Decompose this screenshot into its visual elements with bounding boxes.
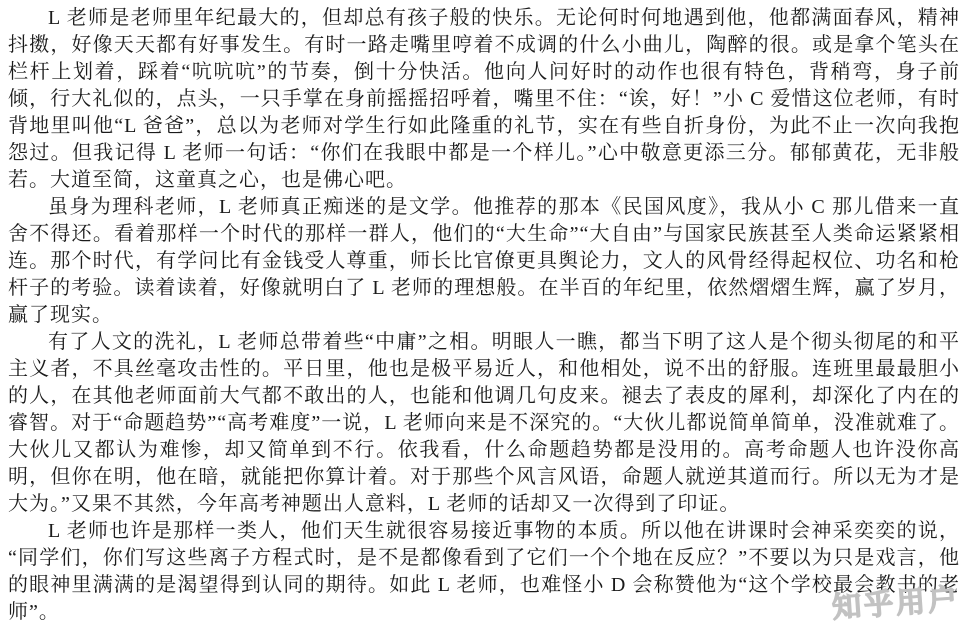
essay-text: L 老师是老师里年纪最大的，但却总有孩子般的快乐。无论何时何地遇到他，他都满面春…: [0, 0, 968, 626]
document-page: L 老师是老师里年纪最大的，但却总有孩子般的快乐。无论何时何地遇到他，他都满面春…: [0, 0, 968, 634]
essay-paragraph-1: L 老师是老师里年纪最大的，但却总有孩子般的快乐。无论何时何地遇到他，他都满面春…: [8, 5, 960, 194]
essay-paragraph-4: L 老师也许是那样一类人，他们天生就很容易接近事物的本质。所以他在讲课时会神采奕…: [8, 518, 960, 626]
essay-paragraph-2: 虽身为理科老师，L 老师真正痴迷的是文学。他推荐的那本《民国风度》，我从小 C …: [8, 194, 960, 329]
essay-paragraph-3: 有了人文的洗礼，L 老师总带着些“中庸”之相。明眼人一瞧，都当下明了这人是个彻头…: [8, 329, 960, 518]
